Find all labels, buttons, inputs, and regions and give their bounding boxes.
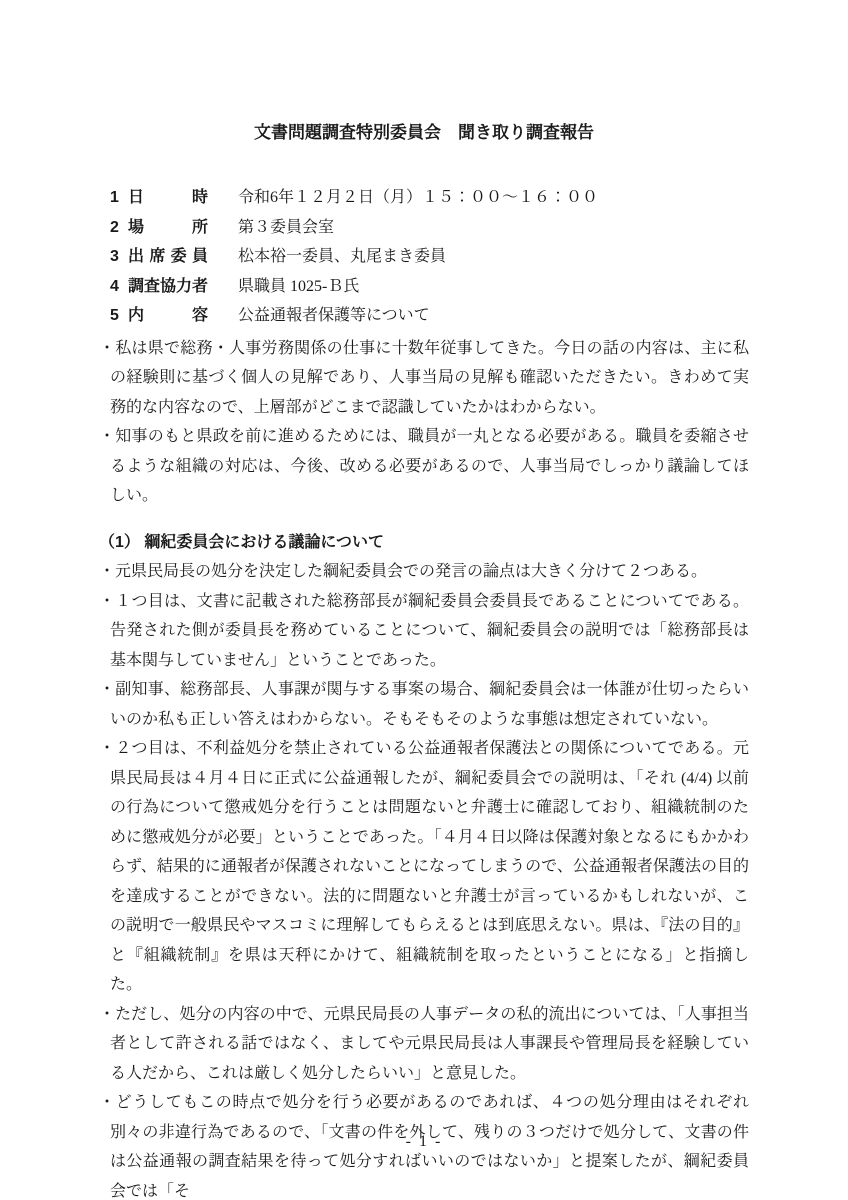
- document-page: 文書問題調査特別委員会 聞き取り調査報告 1 日時 令和6年１２月２日（月）１５…: [0, 0, 848, 1200]
- info-row-place: 2 場所 第３委員会室: [99, 213, 749, 243]
- body-paragraph: ・知事のもと県政を前に進めるためには、職員が一丸となる必要がある。職員を委縮させ…: [99, 422, 749, 511]
- section-heading: （1） 綱紀委員会における議論について: [99, 528, 749, 558]
- intro-paragraphs: ・私は県で総務・人事労務関係の仕事に十数年従事してきた。今日の話の内容は、主に私…: [99, 334, 749, 511]
- body-paragraph: ・ただし、処分の内容の中で、元県民局長の人事データの私的流出については、「人事担…: [99, 1000, 749, 1089]
- info-row-attendees: 3 出席委員 松本裕一委員、丸尾まき委員: [99, 242, 749, 272]
- info-number: 3: [110, 242, 128, 272]
- body-paragraph: ・２つ目は、不利益処分を禁止されている公益通報者保護法との関係についてである。元…: [99, 734, 749, 1000]
- info-value-place: 第３委員会室: [238, 213, 334, 243]
- info-value-datetime: 令和6年１２月２日（月）１５：００～１６：００: [238, 183, 598, 213]
- info-label-cooperator: 調査協力者: [128, 272, 208, 302]
- info-row-cooperator: 4 調査協力者 県職員 1025-Ｂ氏: [99, 272, 749, 302]
- info-number: 2: [110, 213, 128, 243]
- document-title: 文書問題調査特別委員会 聞き取り調査報告: [99, 118, 749, 148]
- info-number: 4: [110, 272, 128, 302]
- document-content: 文書問題調査特別委員会 聞き取り調査報告 1 日時 令和6年１２月２日（月）１５…: [99, 118, 749, 1200]
- section-paragraphs: ・元県民局長の処分を決定した綱紀委員会での発言の論点は大きく分けて２つある。 ・…: [99, 557, 749, 1200]
- meta-info-list: 1 日時 令和6年１２月２日（月）１５：００～１６：００ 2 場所 第３委員会室…: [99, 183, 749, 331]
- body-paragraph: ・元県民局長の処分を決定した綱紀委員会での発言の論点は大きく分けて２つある。: [99, 557, 749, 587]
- info-number: 5: [110, 301, 128, 331]
- body-paragraph: ・副知事、総務部長、人事課が関与する事案の場合、綱紀委員会は一体誰が仕切ったらい…: [99, 675, 749, 734]
- info-label-place: 場所: [128, 213, 208, 243]
- info-label-attendees: 出席委員: [128, 242, 208, 272]
- body-paragraph: ・私は県で総務・人事労務関係の仕事に十数年従事してきた。今日の話の内容は、主に私…: [99, 334, 749, 423]
- info-number: 1: [110, 183, 128, 213]
- info-value-cooperator: 県職員 1025-Ｂ氏: [238, 272, 359, 302]
- body-paragraph: ・１つ目は、文書に記載された総務部長が綱紀委員会委員長であることについてである。…: [99, 587, 749, 676]
- info-value-attendees: 松本裕一委員、丸尾まき委員: [238, 242, 446, 272]
- page-number: - 1 -: [0, 1131, 848, 1153]
- info-row-datetime: 1 日時 令和6年１２月２日（月）１５：００～１６：００: [99, 183, 749, 213]
- info-label-subject: 内容: [128, 301, 208, 331]
- info-label-datetime: 日時: [128, 183, 208, 213]
- info-row-subject: 5 内容 公益通報者保護等について: [99, 301, 749, 331]
- info-value-subject: 公益通報者保護等について: [238, 301, 430, 331]
